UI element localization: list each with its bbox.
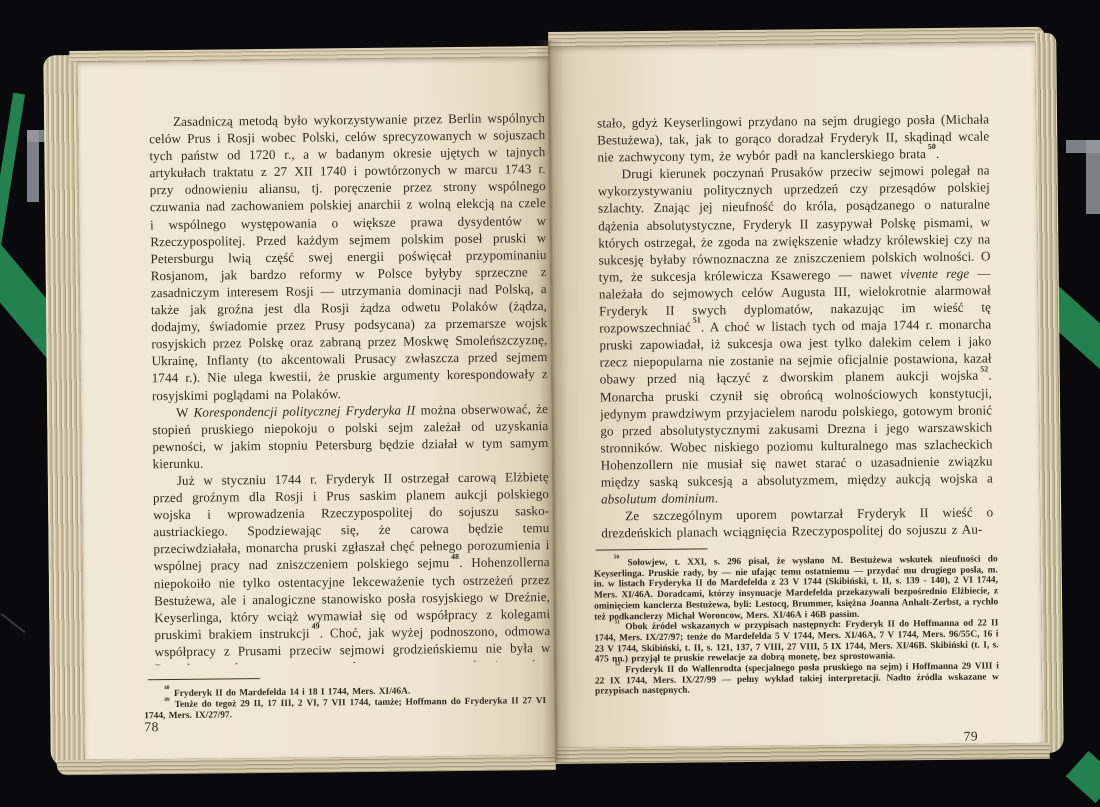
footnote: 51 Obok źródeł wskazanych w przypisach n…: [594, 619, 998, 666]
green-stripe-bottom-right: [1066, 751, 1100, 803]
footnote: 49 Tenże do tegoż 29 II, 17 III, 2 VI, 7…: [144, 696, 546, 723]
right-page: stało, gdyż Keyserlingowi przydano na se…: [548, 27, 1064, 764]
open-book: Zasadniczą metodą było wykorzystywanie p…: [43, 27, 1064, 778]
footnote: 50 Sołowjew, t. XXI, s. 296 pisał, że wy…: [594, 554, 999, 622]
right-page-body-text: stało, gdyż Keyserlingowi przydano na se…: [597, 110, 993, 544]
page-number-left: 78: [144, 719, 159, 735]
paragraph: Drugi kierunek poczynań Prusaków przeciw…: [598, 162, 994, 508]
footnote-separator: [596, 548, 708, 550]
gray-bracket-left: [27, 130, 39, 202]
paragraph: Ze szczególnym uporem powtarzał Fryderyk…: [601, 504, 993, 542]
photo-of-open-book: { "scene": { "background_color": "#0a0a0…: [0, 0, 1100, 807]
right-page-paper: stało, gdyż Keyserlingowi przydano na se…: [548, 42, 1042, 748]
left-page-body-text: Zasadniczą metodą było wykorzystywanie p…: [149, 109, 551, 665]
footnote: 52 Fryderyk II do Wallenrodta (specjalne…: [595, 661, 999, 697]
left-page-footnotes: 48 Fryderyk II do Mardefelda 14 i 18 I 1…: [144, 685, 546, 723]
paragraph: W Korespondencji politycznej Fryderyka I…: [152, 400, 549, 473]
left-page-paper: Zasadniczą metodą było wykorzystywanie p…: [77, 57, 555, 760]
background-scratch-line: [1, 613, 26, 633]
left-page: Zasadniczą metodą było wykorzystywanie p…: [43, 46, 556, 775]
footnote-separator: [148, 678, 260, 680]
gray-bracket-right: [1086, 140, 1100, 214]
paragraph: Zasadniczą metodą było wykorzystywanie p…: [149, 109, 548, 404]
paragraph: stało, gdyż Keyserlingowi przydano na se…: [597, 110, 990, 165]
page-number-right: 79: [963, 729, 978, 745]
paragraph: Już w styczniu 1744 r. Fryderyk II ostrz…: [153, 468, 551, 665]
right-page-footnotes: 50 Sołowjew, t. XXI, s. 296 pisał, że wy…: [594, 554, 999, 697]
